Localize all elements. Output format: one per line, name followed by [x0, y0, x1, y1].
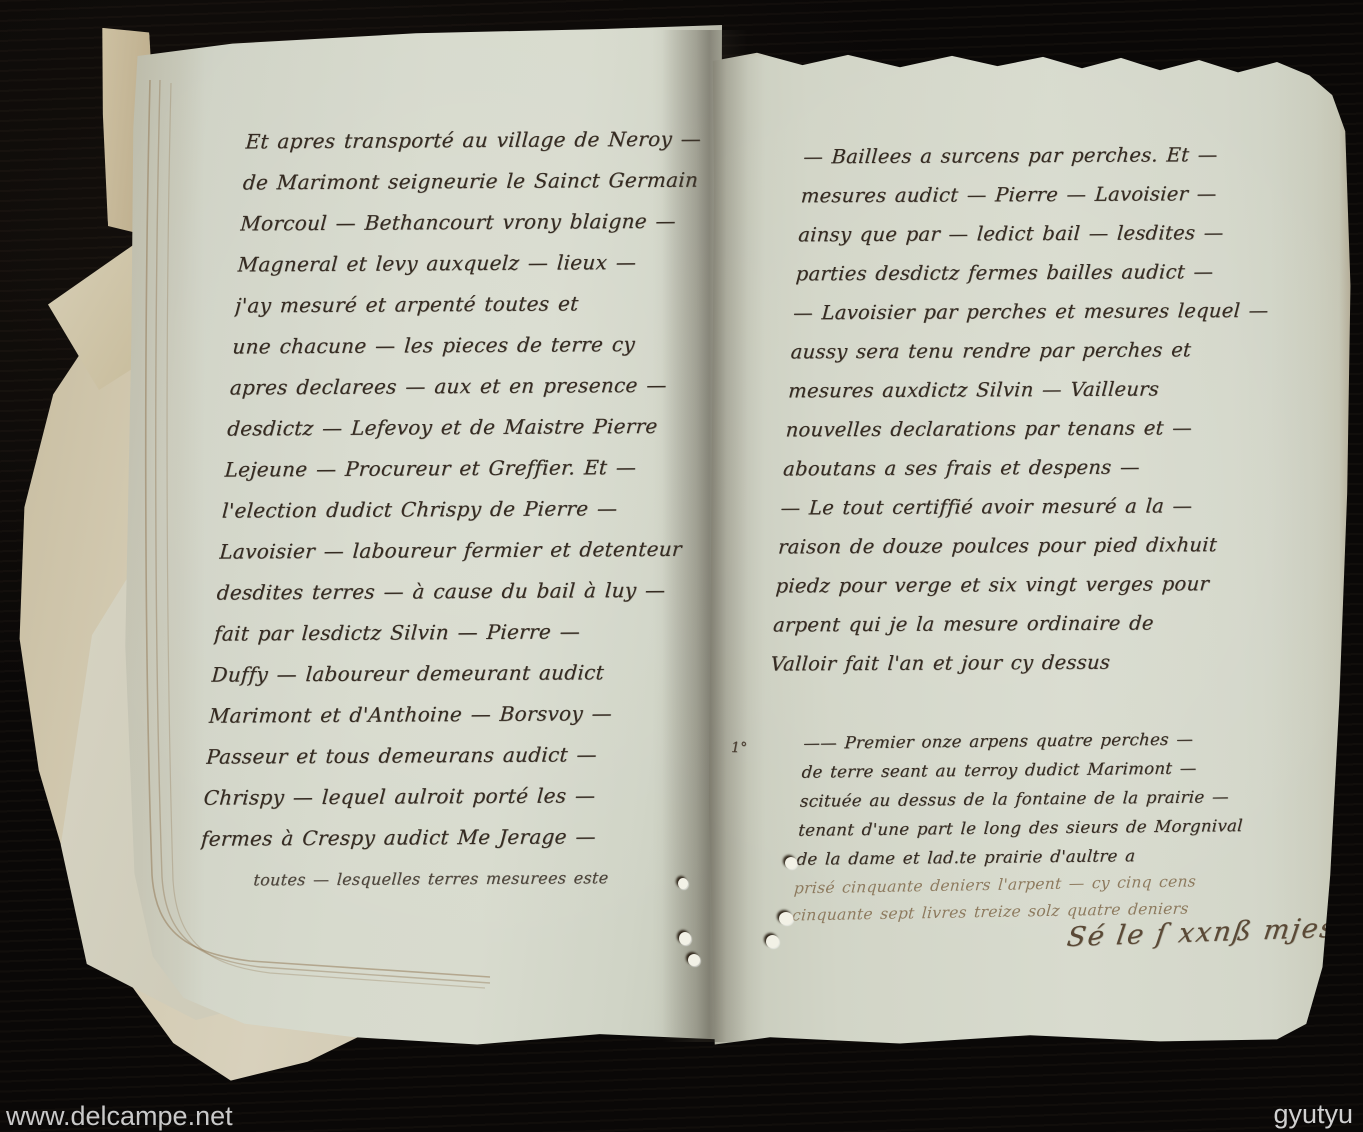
manuscript-line: mesures audict — Pierre — Lavoisier — — [800, 173, 1348, 215]
watermark-gyutyu: gyutyu — [1273, 1099, 1353, 1130]
wormhole — [678, 878, 688, 889]
manuscript-line: fermes à Crespy audict Me Jerage — — [200, 816, 728, 860]
manuscript-line: — Baillees a surcens par perches. Et — — [802, 134, 1350, 176]
manuscript-line: Duffy — laboureur demeurant audict — [210, 651, 738, 695]
manuscript-line: — Le tout certiffié avoir mesuré a la — — [779, 486, 1327, 528]
manuscript-line: Magneral et levy auxquelz — lieux — — [236, 241, 764, 285]
right-page-text: — Baillees a surcens par perches. Et — m… — [769, 134, 1349, 683]
wormhole — [766, 935, 779, 948]
manuscript-line: piedz pour verge et six vingt verges pou… — [774, 564, 1322, 606]
left-page-text: Et apres transporté au village de Neroy … — [197, 118, 772, 901]
manuscript-line: j'ay mesuré et arpenté toutes et — [234, 282, 762, 326]
manuscript-line: — Lavoisier par perches et mesures leque… — [792, 291, 1340, 333]
manuscript-line: Marimont et d'Anthoine — Borsvoy — — [208, 692, 736, 736]
manuscript-line: Valloir fait l'an et jour cy dessus — [769, 642, 1317, 684]
manuscript-line: Morcoul — Bethancourt vrony blaigne — — [239, 200, 767, 244]
margin-item-number: 1° — [731, 740, 748, 756]
manuscript-line: desdictz — Lefevoy et de Maistre Pierre — [226, 405, 754, 449]
manuscript-line: Passeur et tous demeurans audict — — [205, 733, 733, 777]
manuscript-line: une chacune — les pieces de terre cy — [231, 323, 759, 367]
manuscript-line: Lejeune — Procureur et Greffier. Et — — [223, 446, 751, 490]
manuscript-photo: Et apres transporté au village de Neroy … — [0, 0, 1363, 1132]
manuscript-line: aussy sera tenu rendre par perches et — [790, 330, 1338, 372]
manuscript-line: Chrispy — lequel aulroit porté les — — [202, 775, 730, 819]
manuscript-line: desdites terres — à cause du bail à luy … — [215, 569, 743, 613]
manuscript-line: nouvelles declarations par tenans et — — [784, 408, 1332, 450]
wormhole — [688, 954, 700, 966]
manuscript-line: Et apres transporté au village de Neroy … — [244, 118, 772, 162]
manuscript-line: l'election dudict Chrispy de Pierre — — [221, 487, 749, 531]
manuscript-line: parties desdictz fermes bailles audict — — [795, 252, 1343, 294]
manuscript-line: aboutans a ses frais et despens — — [782, 447, 1330, 489]
manuscript-line: apres declarees — aux et en presence — — [229, 364, 757, 408]
right-page: — Baillees a surcens par perches. Et — m… — [705, 28, 1355, 1060]
manuscript-line: mesures auxdictz Silvin — Vailleurs — [787, 369, 1335, 411]
manuscript-line: raison de douze poulces pour pied dixhui… — [777, 525, 1325, 567]
left-page: Et apres transporté au village de Neroy … — [110, 25, 722, 1060]
manuscript-line: toutes — lesquelles terres mesurees este — [252, 857, 725, 901]
manuscript-line: de Marimont seigneurie le Sainct Germain — [242, 159, 770, 203]
manuscript-line: fait par lesdictz Silvin — Pierre — — [213, 610, 741, 654]
right-page-paragraph: —— Premier onze arpens quatre perches — … — [796, 723, 1330, 874]
wormhole — [779, 912, 793, 925]
manuscript-line: arpent qui je la mesure ordinaire de — [772, 603, 1320, 645]
watermark-delcampe: www.delcampe.net — [6, 1101, 233, 1132]
manuscript-line: ainsy que par — ledict bail — lesdites — — [797, 213, 1345, 255]
wormhole — [785, 857, 797, 869]
wormhole — [679, 932, 691, 945]
manuscript-line: Lavoisier — laboureur fermier et detente… — [218, 528, 746, 572]
